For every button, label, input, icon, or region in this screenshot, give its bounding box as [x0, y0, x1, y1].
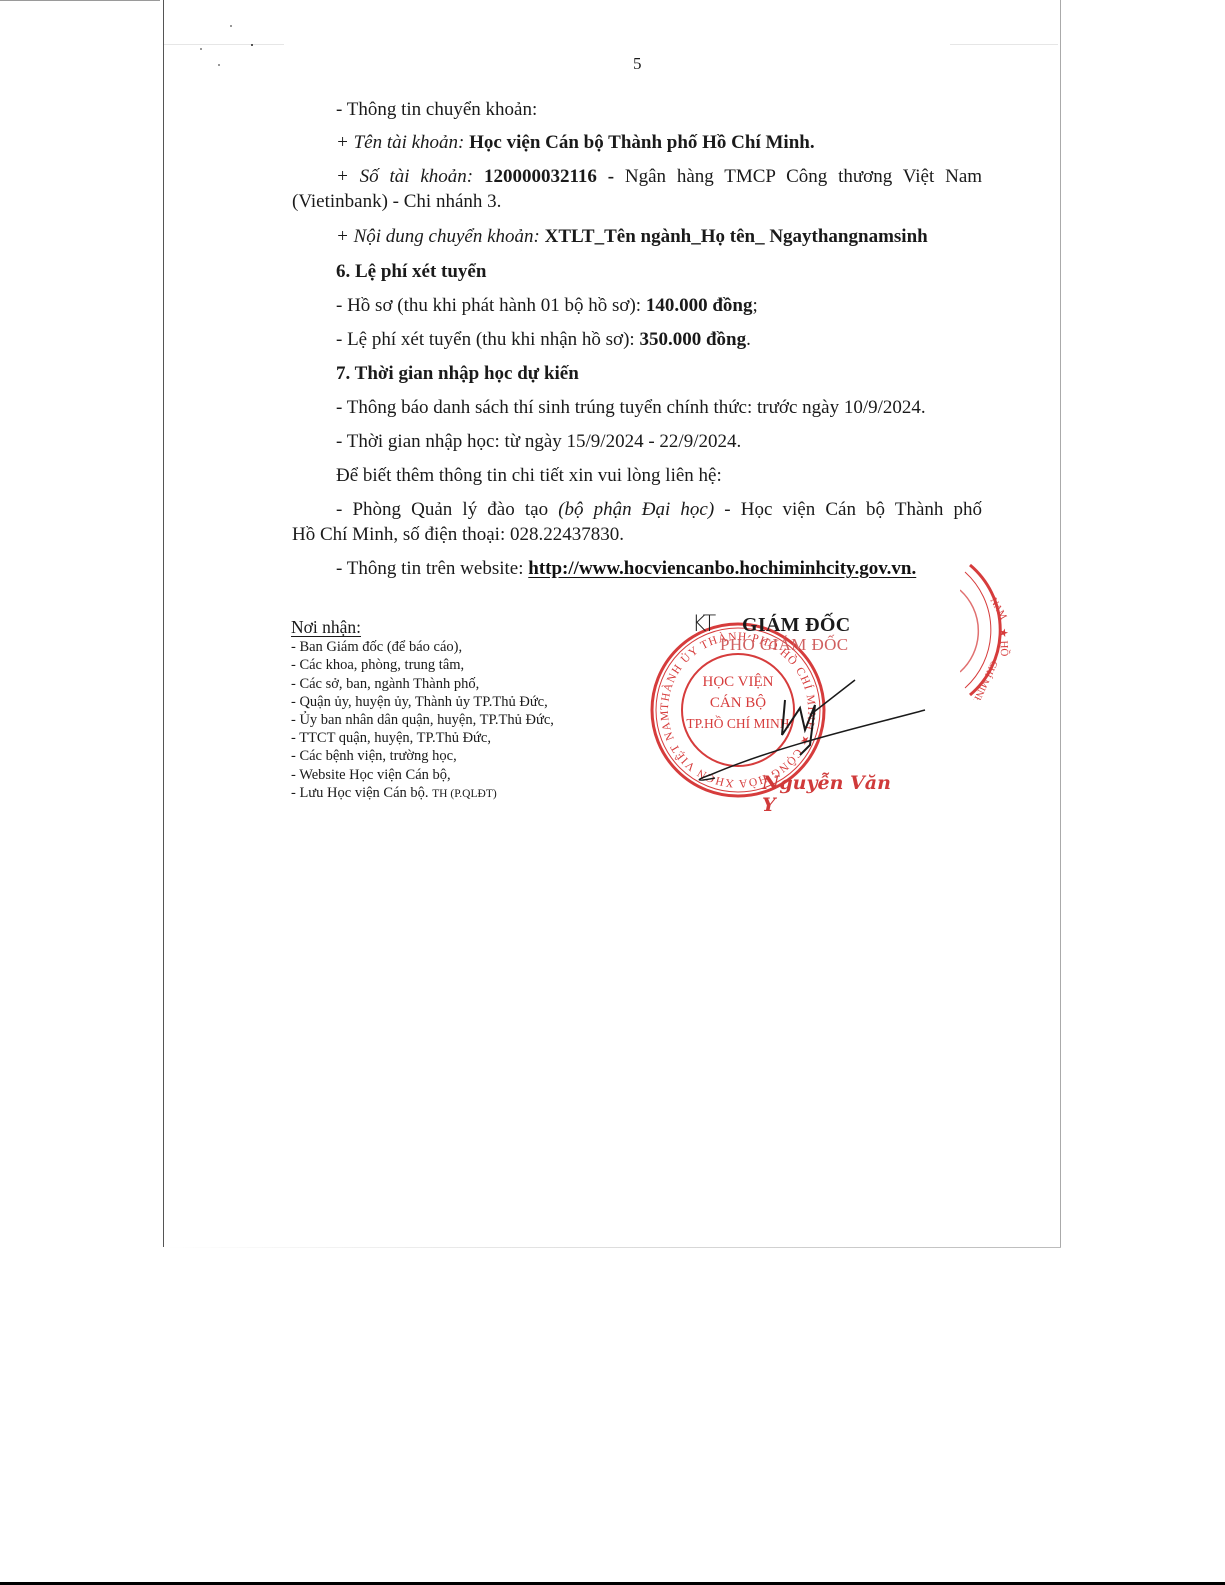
contact-office-dept: (bộ phận Đại học) [558, 499, 714, 520]
recipient-archive-code: TH (P.QLĐT) [432, 788, 497, 800]
account-name-label: + Tên tài khoản: [336, 132, 464, 153]
partial-stamp-icon: NAM ★ HỒ CHÍ MINH [960, 560, 1030, 700]
schedule-item: - Thông báo danh sách thí sinh trúng tuy… [336, 396, 926, 420]
fee-item-label: - Lệ phí xét tuyển (thu khi nhận hồ sơ): [336, 329, 635, 350]
handwritten-signature-icon [690, 660, 940, 790]
account-number-value: 120000032116 - [484, 166, 614, 187]
contact-office-line: - Phòng Quản lý đào tạo (bộ phận Đại học… [336, 498, 982, 522]
recipient-item-text: - Lưu Học viện Cán bộ. [291, 785, 429, 801]
transfer-info-heading: - Thông tin chuyển khoản: [336, 98, 537, 122]
scan-speck [251, 44, 253, 46]
fee-item: - Lệ phí xét tuyển (thu khi nhận hồ sơ):… [336, 328, 751, 352]
contact-intro: Để biết thêm thông tin chi tiết xin vui … [336, 464, 722, 488]
recipient-item: - Quận ủy, huyện ủy, Thành ủy TP.Thủ Đức… [291, 693, 554, 711]
recipient-item: - Website Học viện Cán bộ, [291, 766, 554, 784]
contact-phone-line: Hồ Chí Minh, số điện thoại: 028.22437830… [292, 523, 624, 547]
page-border-left [163, 0, 164, 1247]
website-line: - Thông tin trên website: http://www.hoc… [336, 557, 916, 581]
fee-item-end: ; [752, 295, 757, 316]
scan-speck [200, 48, 202, 50]
scan-speck [230, 25, 232, 27]
transfer-content-label: + Nội dung chuyển khoản: [336, 226, 540, 247]
fee-item: - Hồ sơ (thu khi phát hành 01 bộ hồ sơ):… [336, 294, 758, 318]
account-name-value: Học viện Cán bộ Thành phố Hồ Chí Minh. [469, 132, 814, 153]
scan-faint-rule [164, 44, 284, 45]
section-7-title: 7. Thời gian nhập học dự kiến [336, 362, 579, 386]
recipients-heading: Nơi nhận: [291, 618, 554, 636]
recipients-block: Nơi nhận: - Ban Giám đốc (để báo cáo), -… [291, 618, 554, 803]
transfer-content-line: + Nội dung chuyển khoản: XTLT_Tên ngành_… [336, 225, 928, 249]
scan-faint-rule [950, 44, 1058, 45]
account-number-line: + Số tài khoản: 120000032116 - Ngân hàng… [336, 165, 982, 189]
fee-item-amount: 350.000 đồng [639, 329, 746, 350]
recipient-item: - Ban Giám đốc (để báo cáo), [291, 638, 554, 656]
website-label: - Thông tin trên website: [336, 558, 524, 579]
signature-subtitle: PHÓ GIÁM ĐỐC [720, 635, 849, 655]
fee-item-end: . [746, 329, 751, 350]
recipient-item: - Ủy ban nhân dân quận, huyện, TP.Thủ Đứ… [291, 711, 554, 729]
account-number-label: + Số tài khoản: [336, 166, 473, 187]
fee-item-amount: 140.000 đồng [646, 295, 753, 316]
transfer-content-value: XTLT_Tên ngành_Họ tên_ Ngaythangnamsinh [545, 226, 928, 247]
page-border-right [1060, 0, 1061, 1247]
signature-kt-prefix: KT [692, 612, 714, 637]
contact-office-prefix: - Phòng Quản lý đào tạo [336, 499, 548, 520]
recipient-item: - Các khoa, phòng, trung tâm, [291, 656, 554, 674]
bank-branch: (Vietinbank) - Chi nhánh 3. [292, 190, 501, 214]
bank-name: Ngân hàng TMCP Công thương Việt Nam [625, 166, 982, 187]
recipient-item: - TTCT quận, huyện, TP.Thủ Đức, [291, 729, 554, 747]
scan-speck [218, 64, 220, 66]
svg-text:NAM: NAM [987, 596, 1008, 622]
scan-top-rule [0, 0, 160, 1]
recipient-item: - Các sở, ban, ngành Thành phố, [291, 675, 554, 693]
svg-text:CHÍ MINH: CHÍ MINH [970, 659, 1000, 700]
recipient-item: - Các bệnh viện, trường học, [291, 747, 554, 765]
schedule-item: - Thời gian nhập học: từ ngày 15/9/2024 … [336, 430, 741, 454]
website-link[interactable]: http://www.hocviencanbo.hochiminhcity.go… [528, 558, 916, 579]
signature-title: GIÁM ĐỐC [742, 614, 851, 637]
page-border-bottom [163, 1247, 1061, 1248]
fee-item-label: - Hồ sơ (thu khi phát hành 01 bộ hồ sơ): [336, 295, 641, 316]
svg-text:★ HỒ: ★ HỒ [997, 628, 1011, 657]
page-number: 5 [633, 54, 642, 74]
recipient-item: - Lưu Học viện Cán bộ. TH (P.QLĐT) [291, 784, 554, 803]
account-name-line: + Tên tài khoản: Học viện Cán bộ Thành p… [336, 131, 815, 155]
section-6-title: 6. Lệ phí xét tuyển [336, 260, 486, 284]
contact-office-suffix: - Học viện Cán bộ Thành phố [724, 499, 982, 520]
